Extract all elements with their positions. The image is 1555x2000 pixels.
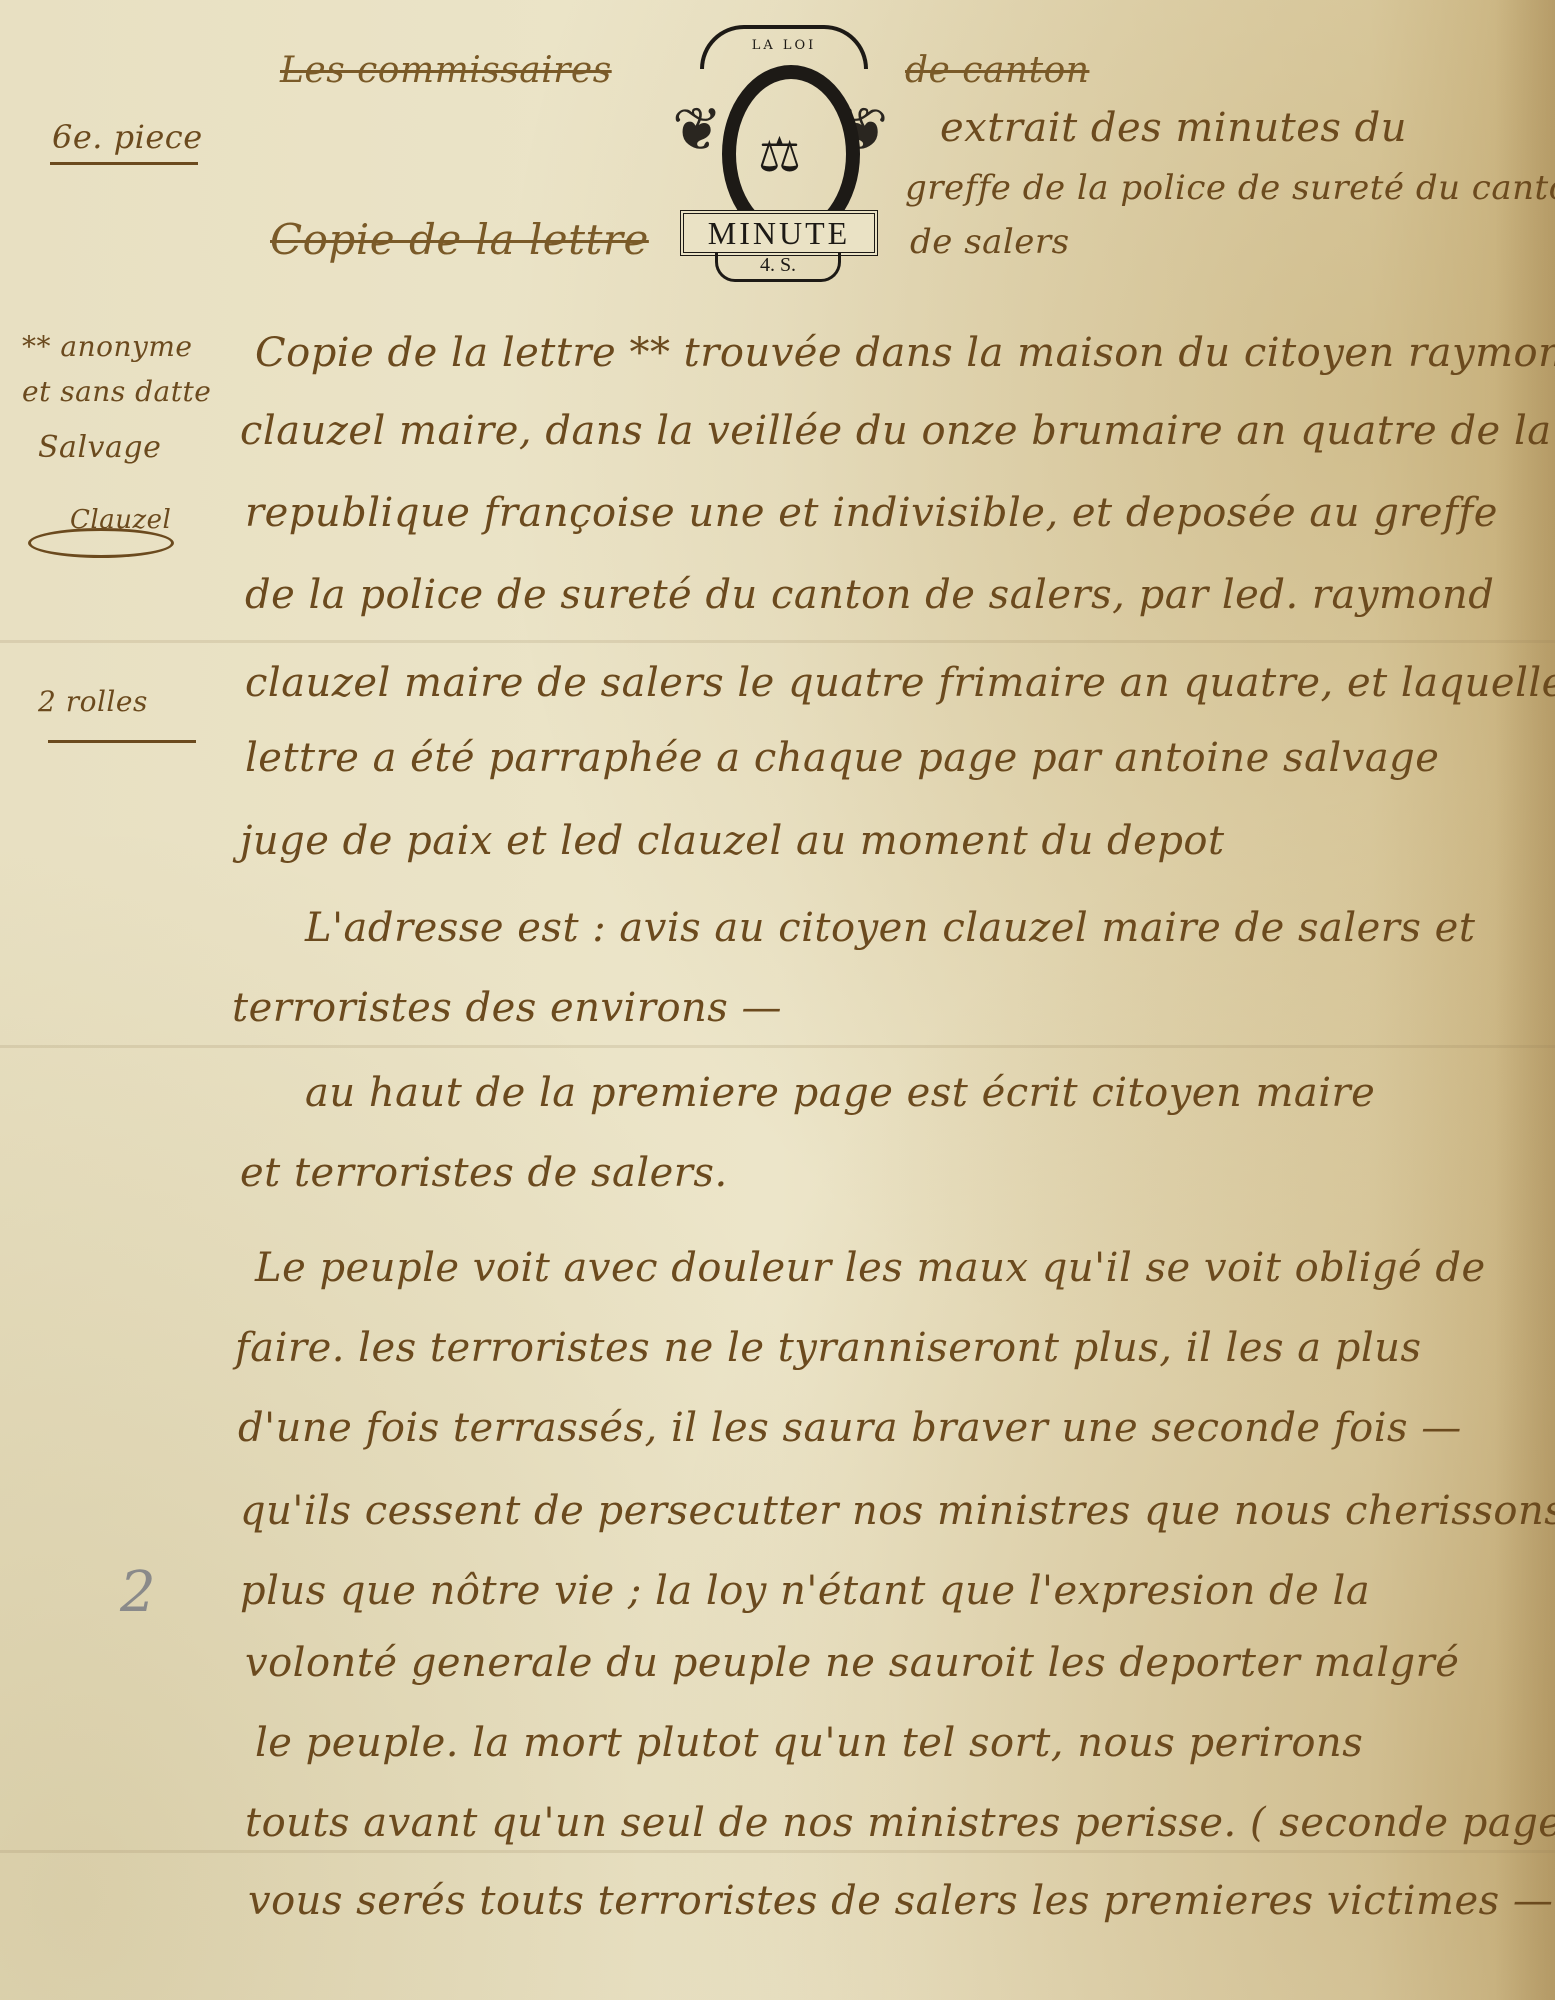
body-line: clauzel maire de salers le quatre frimai… bbox=[245, 660, 1555, 706]
address-line: terroristes des environs — bbox=[232, 985, 782, 1031]
stamp-price: 4. S. bbox=[715, 253, 841, 282]
signature-flourish bbox=[28, 528, 174, 558]
piece-number-underline bbox=[50, 162, 198, 165]
margin-signature-salvage: Salvage bbox=[38, 430, 161, 465]
fold-line bbox=[0, 1045, 1555, 1048]
letter-line: d'une fois terrassés, il les saura brave… bbox=[238, 1405, 1462, 1451]
letter-line: faire. les terroristes ne le tyrannisero… bbox=[235, 1325, 1422, 1371]
letter-line: plus que nôtre vie ; la loy n'étant que … bbox=[240, 1568, 1370, 1614]
letter-line: vous serés touts terroristes de salers l… bbox=[248, 1878, 1553, 1924]
laurel-left-icon: ❦ bbox=[672, 95, 722, 165]
address-line: L'adresse est : avis au citoyen clauzel … bbox=[305, 905, 1475, 951]
letter-line: qu'ils cessent de persecutter nos minist… bbox=[240, 1488, 1555, 1534]
struck-title: Copie de la lettre bbox=[270, 215, 649, 264]
heading-note-line: au haut de la premiere page est écrit ci… bbox=[305, 1070, 1375, 1116]
stamp-banner: LA LOI bbox=[700, 25, 868, 69]
margin-stamp-count: 2 rolles bbox=[38, 685, 148, 718]
body-line: clauzel maire, dans la veillée du onze b… bbox=[240, 408, 1552, 454]
extract-heading-line-2: greffe de la police de sureté du canton bbox=[905, 168, 1555, 208]
stamp-minute-label: MINUTE bbox=[680, 210, 878, 256]
margin-rule bbox=[48, 740, 196, 743]
body-line: Copie de la lettre ** trouvée dans la ma… bbox=[255, 330, 1555, 376]
body-line: juge de paix et led clauzel au moment du… bbox=[240, 818, 1225, 864]
pencil-mark: 2 bbox=[120, 1560, 156, 1625]
body-line: lettre a été parraphée a chaque page par… bbox=[245, 735, 1439, 781]
piece-number: 6e. piece bbox=[52, 118, 203, 156]
letter-line: le peuple. la mort plutot qu'un tel sort… bbox=[255, 1720, 1363, 1766]
letter-line: Le peuple voit avec douleur les maux qu'… bbox=[255, 1245, 1486, 1291]
paper-edge-stain bbox=[1495, 0, 1555, 2000]
body-line: de la police de sureté du canton de sale… bbox=[245, 572, 1494, 618]
margin-note-anonymous: ** anonyme bbox=[22, 330, 192, 363]
extract-heading-line-3: de salers bbox=[910, 222, 1070, 262]
heading-note-line: et terroristes de salers. bbox=[240, 1150, 728, 1196]
struck-heading-left: Les commissaires bbox=[280, 50, 612, 91]
fold-line bbox=[0, 640, 1555, 643]
fold-line bbox=[0, 1850, 1555, 1853]
extract-heading-line-1: extrait des minutes du bbox=[940, 105, 1407, 151]
margin-note-undated: et sans datte bbox=[22, 375, 211, 408]
justice-figure-icon: ⚖ bbox=[758, 120, 798, 190]
official-stamp: ❦ ❦ LA LOI ⚖ MINUTE 4. S. bbox=[670, 25, 890, 280]
struck-heading-right: de canton bbox=[905, 50, 1089, 91]
letter-line: volonté generale du peuple ne sauroit le… bbox=[245, 1640, 1459, 1686]
body-line: republique françoise une et indivisible,… bbox=[245, 490, 1498, 536]
letter-line: touts avant qu'un seul de nos ministres … bbox=[245, 1800, 1555, 1846]
